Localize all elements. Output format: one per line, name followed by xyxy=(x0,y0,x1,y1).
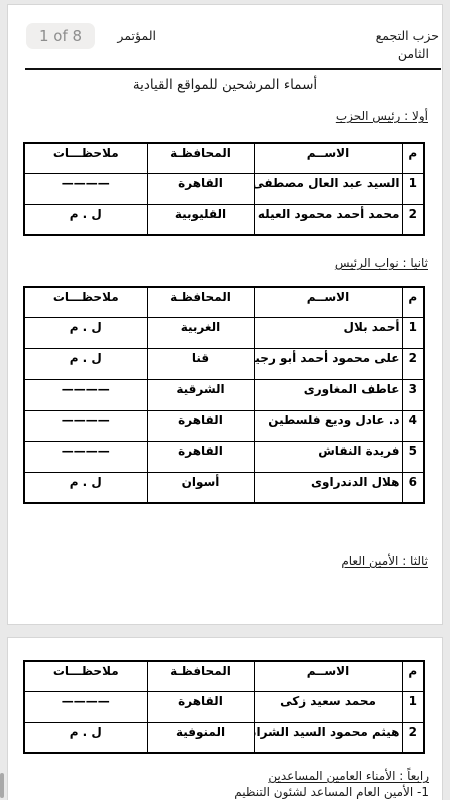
cell-name: محمد أحمد محمود العيله xyxy=(254,204,402,235)
cell-governorate: القليوبية xyxy=(147,204,254,235)
cell-notes: ———— xyxy=(24,379,147,410)
cell-governorate: القاهرة xyxy=(147,410,254,441)
cell-notes: ———— xyxy=(24,441,147,472)
column-header-name: الاســم xyxy=(254,287,402,317)
cell-num: 1 xyxy=(402,691,424,722)
doc-header-conference-word: المؤتمر xyxy=(117,28,156,43)
column-header-notes: ملاحظـــات xyxy=(24,143,147,173)
document-title: أسماء المرشحين للمواقع القيادية xyxy=(8,77,442,93)
cell-notes: ل . م xyxy=(24,348,147,379)
document-page-1: المؤتمر حزب التجمع الثامن 1 of 8 أسماء ا… xyxy=(7,4,443,625)
assistant-secretary-item-1: 1- الأمين العام المساعد لشئون التنظيم xyxy=(234,785,429,799)
table-secretary-general: م الاســم المحافظـة ملاحظـــات 1 محمد سع… xyxy=(23,660,425,754)
section-heading-assistant-secretaries: رابعاً : الأمناء العامين المساعدين xyxy=(268,769,429,783)
cell-notes: ل . م xyxy=(24,722,147,753)
cell-governorate: القاهرة xyxy=(147,441,254,472)
cell-governorate: قنا xyxy=(147,348,254,379)
cell-notes: ———— xyxy=(24,691,147,722)
cell-num: 5 xyxy=(402,441,424,472)
table-row: 2 هيثم محمود السيد الشرابى المنوفية ل . … xyxy=(24,722,424,753)
cell-notes: ل . م xyxy=(24,472,147,503)
column-header-notes: ملاحظـــات xyxy=(24,287,147,317)
table-row: 1 السيد عبد العال مصطفى القاهرة ———— xyxy=(24,173,424,204)
cell-notes: ل . م xyxy=(24,204,147,235)
column-header-num: م xyxy=(402,287,424,317)
column-header-governorate: المحافظـة xyxy=(147,661,254,691)
cell-name: أحمد بلال xyxy=(254,317,402,348)
cell-num: 1 xyxy=(402,173,424,204)
cell-name: على محمود أحمد أبو رجيله xyxy=(254,348,402,379)
table-row: 1 محمد سعيد زكى القاهرة ———— xyxy=(24,691,424,722)
table-header-row: م الاســم المحافظـة ملاحظـــات xyxy=(24,661,424,691)
cell-num: 2 xyxy=(402,722,424,753)
table-row: 5 فريدة النقاش القاهرة ———— xyxy=(24,441,424,472)
cell-notes: ———— xyxy=(24,173,147,204)
cell-name: عاطف المغاورى xyxy=(254,379,402,410)
document-viewer: { "viewer": { "page_indicator": "1 of 8"… xyxy=(0,0,450,800)
cell-num: 1 xyxy=(402,317,424,348)
column-header-name: الاســم xyxy=(254,661,402,691)
cell-name: هيثم محمود السيد الشرابى xyxy=(254,722,402,753)
table-vice-presidents: م الاســم المحافظـة ملاحظـــات 1 أحمد بل… xyxy=(23,286,425,504)
page-indicator-badge: 1 of 8 xyxy=(26,23,95,49)
doc-header-party-name: حزب التجمع xyxy=(376,28,439,43)
cell-notes: ———— xyxy=(24,410,147,441)
table-header-row: م الاســم المحافظـة ملاحظـــات xyxy=(24,287,424,317)
cell-num: 2 xyxy=(402,348,424,379)
section-heading-vice-presidents: ثانيا : نواب الرئيس xyxy=(335,256,428,270)
table-header-row: م الاســم المحافظـة ملاحظـــات xyxy=(24,143,424,173)
table-row: 6 هلال الدندراوى أسوان ل . م xyxy=(24,472,424,503)
cell-num: 6 xyxy=(402,472,424,503)
table-row: 4 د. عادل وديع فلسطين القاهرة ———— xyxy=(24,410,424,441)
table-row: 2 على محمود أحمد أبو رجيله قنا ل . م xyxy=(24,348,424,379)
document-page-2: م الاســم المحافظـة ملاحظـــات 1 محمد سع… xyxy=(7,637,443,800)
cell-governorate: المنوفية xyxy=(147,722,254,753)
section-heading-secretary-general: ثالثا : الأمين العام xyxy=(341,554,428,568)
table-row: 3 عاطف المغاورى الشرقية ———— xyxy=(24,379,424,410)
cell-name: السيد عبد العال مصطفى xyxy=(254,173,402,204)
column-header-notes: ملاحظـــات xyxy=(24,661,147,691)
cell-governorate: الشرقية xyxy=(147,379,254,410)
cell-num: 3 xyxy=(402,379,424,410)
cell-governorate: أسوان xyxy=(147,472,254,503)
section-heading-party-president: أولا : رئيس الحزب xyxy=(336,109,428,123)
cell-name: فريدة النقاش xyxy=(254,441,402,472)
cell-name: د. عادل وديع فلسطين xyxy=(254,410,402,441)
cell-governorate: القاهرة xyxy=(147,691,254,722)
cell-num: 4 xyxy=(402,410,424,441)
table-party-president: م الاســم المحافظـة ملاحظـــات 1 السيد ع… xyxy=(23,142,425,236)
cell-name: محمد سعيد زكى xyxy=(254,691,402,722)
cell-notes: ل . م xyxy=(24,317,147,348)
header-divider-rule xyxy=(25,68,441,70)
table-row: 1 أحمد بلال الغربية ل . م xyxy=(24,317,424,348)
column-header-name: الاســم xyxy=(254,143,402,173)
doc-header-party-line2: الثامن xyxy=(398,46,429,61)
scrollbar-thumb[interactable] xyxy=(0,773,4,798)
cell-num: 2 xyxy=(402,204,424,235)
column-header-governorate: المحافظـة xyxy=(147,287,254,317)
column-header-num: م xyxy=(402,661,424,691)
cell-governorate: الغربية xyxy=(147,317,254,348)
column-header-governorate: المحافظـة xyxy=(147,143,254,173)
table-row: 2 محمد أحمد محمود العيله القليوبية ل . م xyxy=(24,204,424,235)
cell-governorate: القاهرة xyxy=(147,173,254,204)
column-header-num: م xyxy=(402,143,424,173)
cell-name: هلال الدندراوى xyxy=(254,472,402,503)
